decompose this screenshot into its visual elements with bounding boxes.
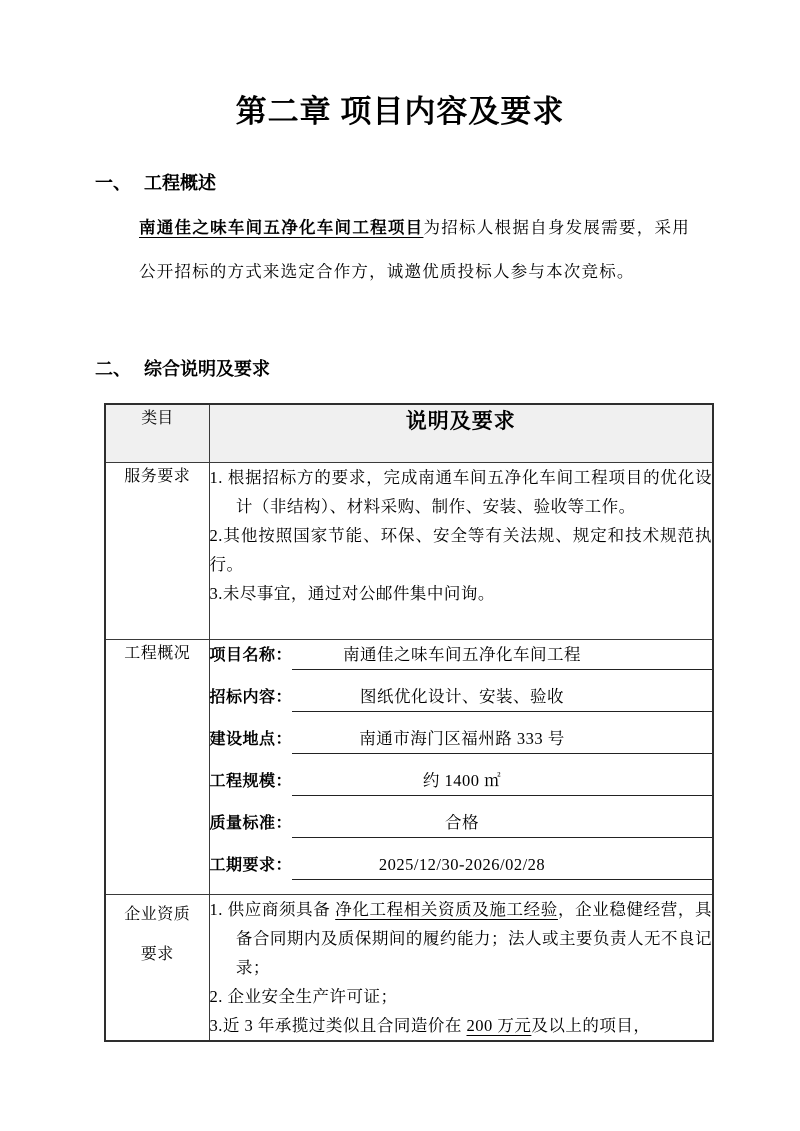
requirements-table: 类目 说明及要求 服务要求 1. 根据招标方的要求，完成南通车间五净化车间工程项… [104,403,714,1042]
field-project-name-label: 项目名称： [210,641,293,670]
service-item-1: 1. 根据招标方的要求，完成南通车间五净化车间工程项目的优化设计（非结构）、材料… [210,463,713,521]
field-tender-content-label: 招标内容： [210,683,293,712]
qualification-item-2-number: 2. [210,987,228,1006]
field-project-scale-underline: 约 1400 ㎡ [292,766,712,796]
service-item-3-number: 3. [210,584,223,603]
qualification-item-1: 1. 供应商须具备 净化工程相关资质及施工经验，企业稳健经营，具备合同期内及质保… [210,895,713,982]
field-quality-standard-underline: 合格 [292,808,712,838]
service-item-3-text: 未尽事宜，通过对公邮件集中问询。 [223,584,495,603]
field-tender-content-value: 图纸优化设计、安装、验收 [360,682,564,711]
section-overview-heading: 一、工程概述 [95,173,800,193]
field-schedule-requirement-value: 2025/12/30-2026/02/28 [379,850,545,879]
field-schedule-requirement-underline: 2025/12/30-2026/02/28 [292,850,712,880]
qualification-item-3: 3.近 3 年承揽过类似且合同造价在 200 万元及以上的项目， [210,1011,713,1040]
qualification-item-3-underlined: 200 万元 [467,1016,532,1035]
chapter-title: 第二章 项目内容及要求 [0,93,800,130]
qualification-label-line1: 企业资质 [106,895,209,935]
service-item-1-number: 1. [210,468,228,487]
table-header-row: 类目 说明及要求 [105,404,713,462]
qualification-requirements-cell: 1. 供应商须具备 净化工程相关资质及施工经验，企业稳健经营，具备合同期内及质保… [209,894,713,1041]
field-construction-site-underline: 南通市海门区福州路 333 号 [292,724,712,754]
field-project-name: 项目名称： 南通佳之味车间五净化车间工程 [210,640,713,682]
project-name-lead: 南通佳之味车间五净化车间工程项目 [139,218,423,237]
field-project-name-underline: 南通佳之味车间五净化车间工程 [292,640,712,670]
field-construction-site-value: 南通市海门区福州路 333 号 [359,724,565,753]
qualification-item-1-underlined: 净化工程相关资质及施工经验 [335,900,558,919]
section-requirements-heading: 二、综合说明及要求 [95,359,800,379]
field-project-scale-value: 约 1400 ㎡ [423,766,501,795]
row-label-service: 服务要求 [105,462,209,639]
overview-paragraph: 南通佳之味车间五净化车间工程项目为招标人根据自身发展需要，采用公开招标的方式来选… [139,206,690,294]
table-row-qualification: 企业资质 要求 1. 供应商须具备 净化工程相关资质及施工经验，企业稳健经营，具… [105,894,713,1041]
field-schedule-requirement-label: 工期要求： [210,851,293,880]
section-requirements-title: 综合说明及要求 [144,359,270,379]
field-construction-site-label: 建设地点： [210,725,293,754]
qualification-item-3-pre: 近 3 年承揽过类似且合同造价在 [223,1016,467,1035]
service-item-2-number: 2. [210,526,223,545]
qualification-label-line2: 要求 [106,935,209,975]
qualification-item-2: 2. 企业安全生产许可证； [210,982,713,1011]
service-requirements-cell: 1. 根据招标方的要求，完成南通车间五净化车间工程项目的优化设计（非结构）、材料… [209,462,713,639]
row-label-project-overview: 工程概况 [105,639,209,894]
field-project-name-value: 南通佳之味车间五净化车间工程 [343,640,581,669]
table-row-project-overview: 工程概况 项目名称： 南通佳之味车间五净化车间工程 招标内容： 图纸优化设计、安… [105,639,713,894]
field-quality-standard-value: 合格 [445,808,479,837]
field-quality-standard-label: 质量标准： [210,809,293,838]
column-header-category: 类目 [105,404,209,462]
field-schedule-requirement: 工期要求： 2025/12/30-2026/02/28 [210,850,713,892]
service-item-1-text: 根据招标方的要求，完成南通车间五净化车间工程项目的优化设计（非结构）、材料采购、… [228,468,712,516]
document-page: 第二章 项目内容及要求 一、工程概述 南通佳之味车间五净化车间工程项目为招标人根… [0,0,800,1131]
qualification-item-3-number: 3. [210,1016,223,1035]
service-item-2: 2.其他按照国家节能、环保、安全等有关法规、规定和技术规范执行。 [210,521,713,579]
field-project-scale-label: 工程规模： [210,767,293,796]
field-project-scale: 工程规模： 约 1400 ㎡ [210,766,713,808]
field-construction-site: 建设地点： 南通市海门区福州路 333 号 [210,724,713,766]
column-header-description: 说明及要求 [209,404,713,462]
qualification-item-2-text: 企业安全生产许可证； [228,987,398,1006]
project-overview-cell: 项目名称： 南通佳之味车间五净化车间工程 招标内容： 图纸优化设计、安装、验收 … [209,639,713,894]
service-item-2-text: 其他按照国家节能、环保、安全等有关法规、规定和技术规范执行。 [210,526,713,574]
field-tender-content-underline: 图纸优化设计、安装、验收 [292,682,712,712]
section-overview-title: 工程概述 [144,173,216,193]
row-label-qualification: 企业资质 要求 [105,894,209,1041]
field-quality-standard: 质量标准： 合格 [210,808,713,850]
qualification-item-3-post: 及以上的项目， [531,1016,650,1035]
qualification-item-1-number: 1. [210,900,228,919]
table-row-service: 服务要求 1. 根据招标方的要求，完成南通车间五净化车间工程项目的优化设计（非结… [105,462,713,639]
service-item-3: 3.未尽事宜，通过对公邮件集中问询。 [210,579,713,608]
field-tender-content: 招标内容： 图纸优化设计、安装、验收 [210,682,713,724]
qualification-item-1-pre: 供应商须具备 [228,900,336,919]
section-overview-number: 一、 [95,173,131,193]
section-requirements-number: 二、 [95,359,131,379]
